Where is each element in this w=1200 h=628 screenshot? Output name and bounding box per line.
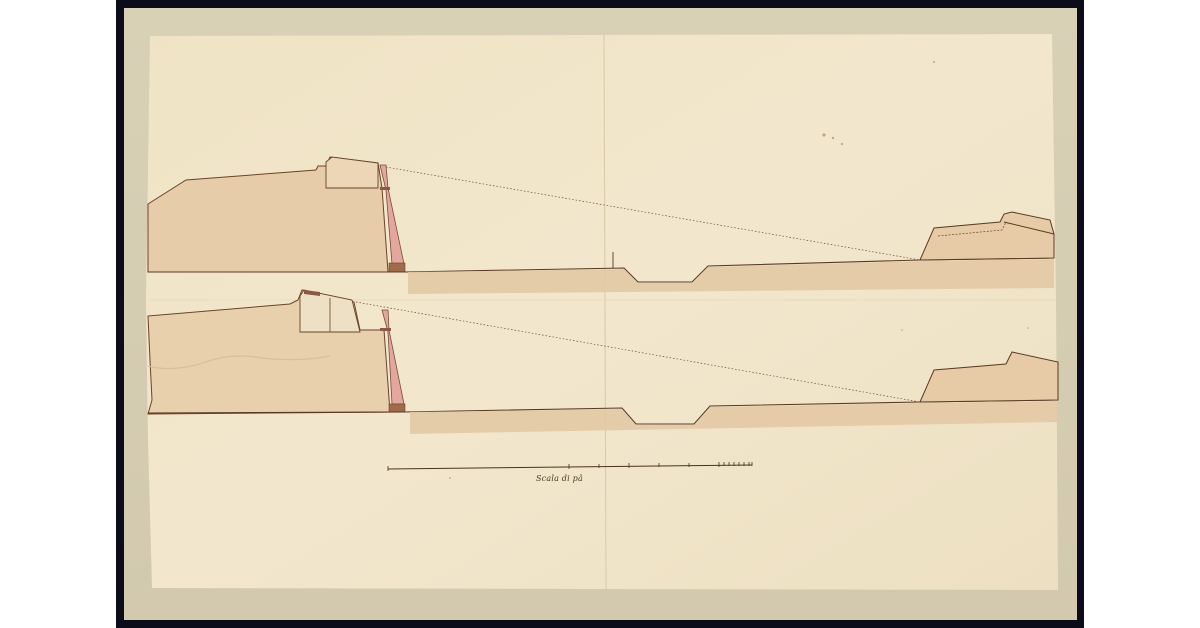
scale-label: Scala di pâ (536, 474, 583, 483)
fortification-drawing (0, 0, 1200, 628)
drawing-sheet: Scala di pâ (0, 0, 1200, 628)
